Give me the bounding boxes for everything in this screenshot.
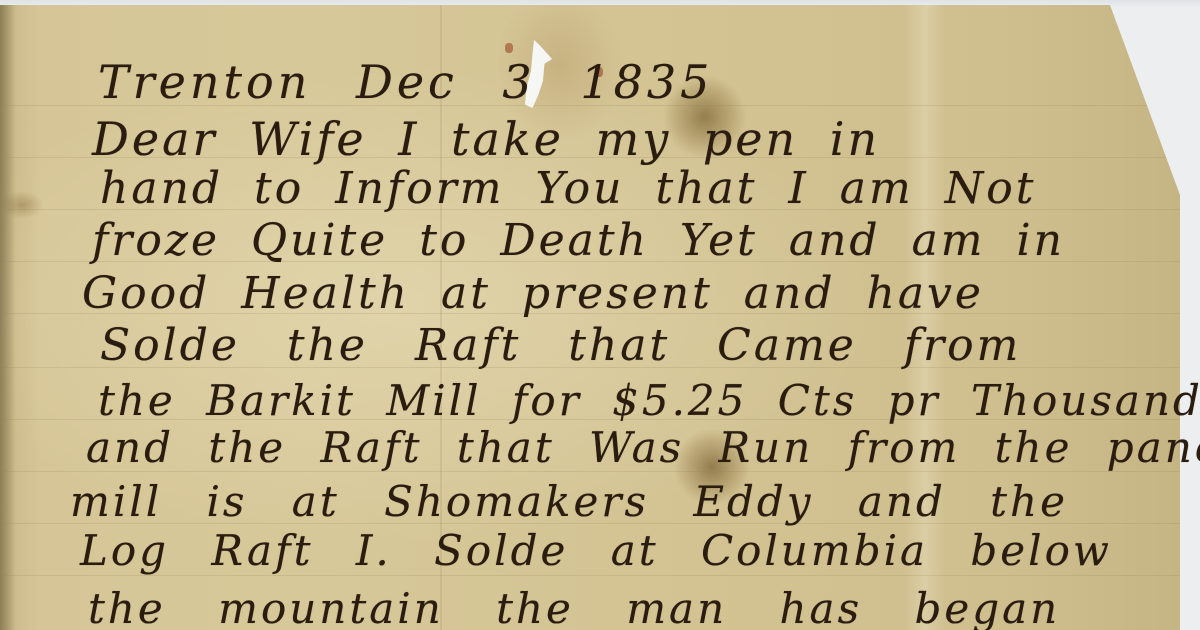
letter-line: mill is at Shomakers Eddy and the [70, 477, 1068, 526]
letter-line: Log Raft I. Solde at Columbia below [80, 526, 1112, 575]
letter-line: Dear Wife I take my pen in [92, 112, 880, 166]
letter-date-line: Trenton Dec 3 1835 [98, 55, 713, 109]
letter-line: Solde the Raft that Came from [100, 320, 1021, 371]
letter-line: and the Raft that Was Run from the pane [86, 423, 1200, 472]
letter-scan: Trenton Dec 3 1835 Dear Wife I take my p… [0, 0, 1200, 630]
letter-line: Good Health at present and have [82, 268, 984, 319]
letter-text: Trenton Dec 3 1835 Dear Wife I take my p… [0, 0, 1200, 630]
letter-line: froze Quite to Death Yet and am in [92, 215, 1065, 266]
letter-line: hand to Inform You that I am Not [100, 163, 1036, 214]
letter-line: the mountain the man has began [88, 584, 1060, 630]
letter-line: the Barkit Mill for $5.25 Cts pr Thousan… [98, 376, 1200, 425]
